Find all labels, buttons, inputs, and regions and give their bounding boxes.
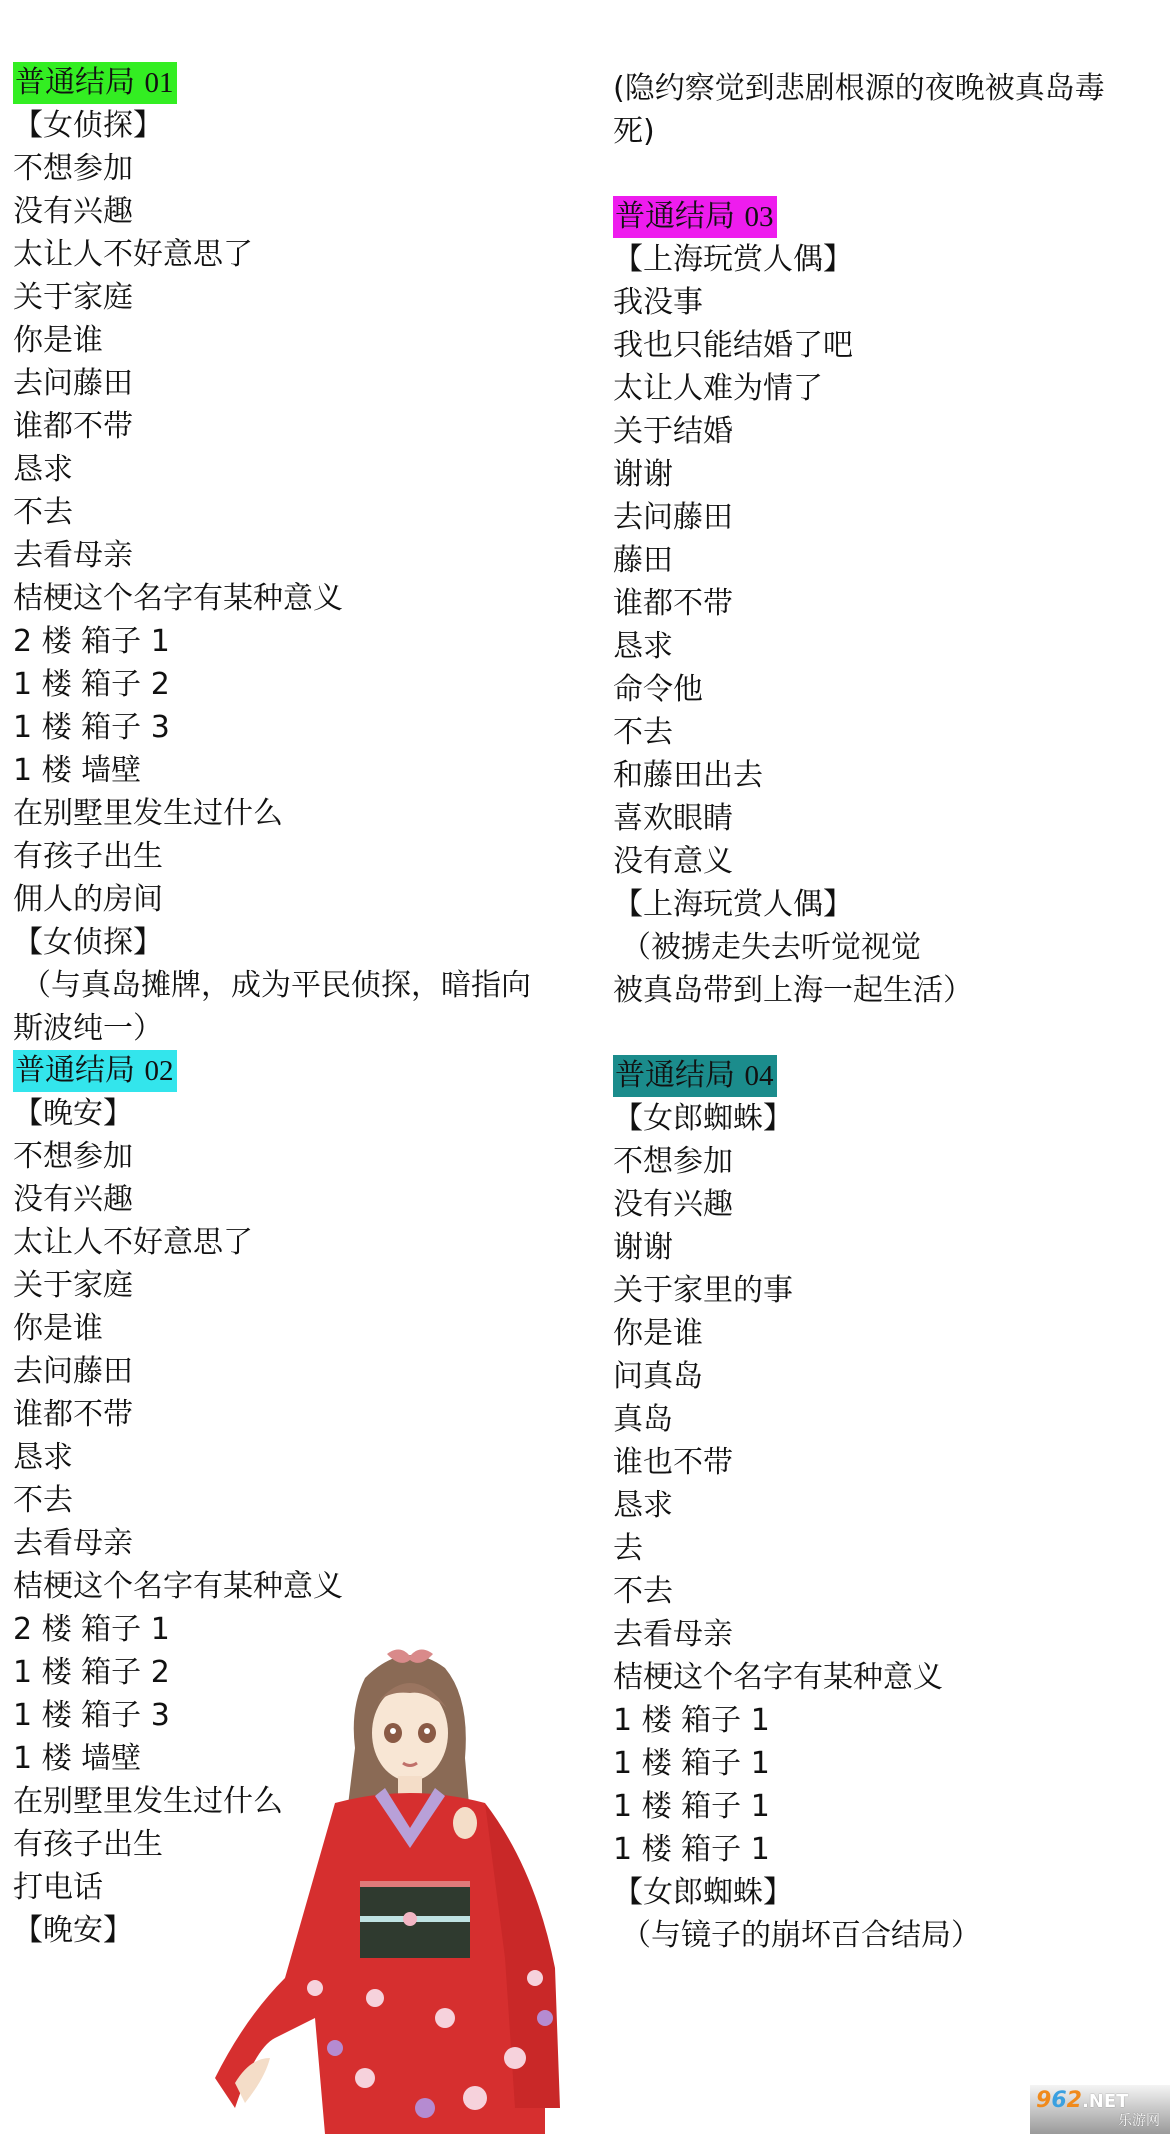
- choice-step: 【女侦探】: [13, 104, 593, 147]
- choice-step: 恳求: [613, 625, 1168, 668]
- choice-step: 谁都不带: [13, 405, 593, 448]
- choice-step: 和藤田出去: [613, 754, 1168, 797]
- watermark-digit: 6: [1051, 2088, 1066, 2113]
- ending-01-result-cont: 斯波纯一）: [13, 1007, 593, 1050]
- choice-step: 2 楼 箱子 1: [13, 620, 593, 663]
- choice-step: 桔梗这个名字有某种意义: [13, 1565, 593, 1608]
- choice-step: 谢谢: [613, 453, 1168, 496]
- choice-step: 佣人的房间: [13, 878, 593, 921]
- choice-step: 不去: [13, 491, 593, 534]
- choice-step: 恳求: [613, 1484, 1168, 1527]
- choice-step: 1 楼 箱子 2: [13, 663, 593, 706]
- heading-label: 普通结局: [615, 1058, 745, 1093]
- choice-step: 没有兴趣: [13, 190, 593, 233]
- choice-step: 1 楼 箱子 1: [613, 1785, 1168, 1828]
- choice-step: 1 楼 箱子 1: [613, 1699, 1168, 1742]
- choice-step: 1 楼 箱子 3: [13, 706, 593, 749]
- heading-label: 普通结局: [15, 65, 145, 100]
- ending-03-steps: 【上海玩赏人偶】我没事我也只能结婚了吧太让人难为情了关于结婚谢谢去问藤田藤田谁都…: [613, 238, 1168, 926]
- choice-step: 去问藤田: [13, 362, 593, 405]
- choice-step: 1 楼 墙壁: [13, 749, 593, 792]
- ending-04-heading: 普通结局 04: [613, 1055, 777, 1097]
- heading-label: 普通结局: [15, 1053, 145, 1088]
- choice-step: 关于家庭: [13, 276, 593, 319]
- choice-step: 不想参加: [13, 1135, 593, 1178]
- heading-number: 03: [745, 201, 774, 233]
- choice-step: 去问藤田: [13, 1350, 593, 1393]
- watermark-digit: 2: [1067, 2088, 1082, 2113]
- choice-step: 你是谁: [13, 1307, 593, 1350]
- choice-step: 没有兴趣: [613, 1183, 1168, 1226]
- choice-step: 在别墅里发生过什么: [13, 792, 593, 835]
- choice-step: 关于结婚: [613, 410, 1168, 453]
- choice-step: 太让人不好意思了: [13, 1221, 593, 1264]
- watermark-subtitle: 乐游网: [1036, 2113, 1170, 2129]
- carryover-result: (隐约察觉到悲剧根源的夜晚被真岛毒: [613, 67, 1168, 110]
- choice-step: 谁都不带: [13, 1393, 593, 1436]
- choice-step: 不去: [13, 1479, 593, 1522]
- choice-step: 有孩子出生: [13, 835, 593, 878]
- choice-step: 不想参加: [13, 147, 593, 190]
- site-watermark-logo: 962.NET 乐游网: [1030, 2085, 1170, 2134]
- choice-step: 【女郎蜘蛛】: [613, 1871, 1168, 1914]
- choice-step: 你是谁: [613, 1312, 1168, 1355]
- choice-step: 【女侦探】: [13, 921, 593, 964]
- choice-step: 去问藤田: [613, 496, 1168, 539]
- choice-step: 桔梗这个名字有某种意义: [613, 1656, 1168, 1699]
- ending-03-result-cont: 被真岛带到上海一起生活）: [613, 969, 1168, 1012]
- right-column: (隐约察觉到悲剧根源的夜晚被真岛毒 死) 普通结局 03 【上海玩赏人偶】我没事…: [613, 67, 1168, 1957]
- choice-step: 没有意义: [613, 840, 1168, 883]
- choice-step: 谁也不带: [613, 1441, 1168, 1484]
- choice-step: 【上海玩赏人偶】: [613, 883, 1168, 926]
- kimono-girl-illustration: [215, 1638, 605, 2134]
- choice-step: 去看母亲: [613, 1613, 1168, 1656]
- heading-number: 01: [145, 67, 174, 99]
- choice-step: 【女郎蜘蛛】: [613, 1097, 1168, 1140]
- ending-04-steps: 【女郎蜘蛛】不想参加没有兴趣谢谢关于家里的事你是谁问真岛真岛谁也不带恳求去不去去…: [613, 1097, 1168, 1914]
- choice-step: 恳求: [13, 1436, 593, 1479]
- choice-step: 【上海玩赏人偶】: [613, 238, 1168, 281]
- choice-step: 我也只能结婚了吧: [613, 324, 1168, 367]
- choice-step: 谁都不带: [613, 582, 1168, 625]
- ending-01-steps: 【女侦探】不想参加没有兴趣太让人不好意思了关于家庭你是谁去问藤田谁都不带恳求不去…: [13, 104, 593, 964]
- choice-step: 你是谁: [13, 319, 593, 362]
- choice-step: 太让人不好意思了: [13, 233, 593, 276]
- choice-step: 不想参加: [613, 1140, 1168, 1183]
- choice-step: 桔梗这个名字有某种意义: [13, 577, 593, 620]
- choice-step: 我没事: [613, 281, 1168, 324]
- choice-step: 去看母亲: [13, 534, 593, 577]
- choice-step: 【晚安】: [13, 1092, 593, 1135]
- ending-03-result: （被掳走失去听觉视觉: [613, 926, 1168, 969]
- watermark-digit: 9: [1036, 2088, 1051, 2113]
- choice-step: 去看母亲: [13, 1522, 593, 1565]
- choice-step: 去: [613, 1527, 1168, 1570]
- ending-04-result: （与镜子的崩坏百合结局）: [613, 1914, 1168, 1957]
- ending-01-result: （与真岛摊牌，成为平民侦探，暗指向: [13, 964, 593, 1007]
- watermark-domain: .NET: [1082, 2091, 1128, 2112]
- choice-step: 恳求: [13, 448, 593, 491]
- choice-step: 不去: [613, 711, 1168, 754]
- anime-girl-red-kimono-icon: [215, 1638, 605, 2134]
- choice-step: 真岛: [613, 1398, 1168, 1441]
- choice-step: 1 楼 箱子 1: [613, 1742, 1168, 1785]
- watermark-brand: 962.NET: [1036, 2090, 1170, 2113]
- spacer: [613, 1012, 1168, 1055]
- spacer: [613, 153, 1168, 196]
- choice-step: 问真岛: [613, 1355, 1168, 1398]
- ending-03-heading: 普通结局 03: [613, 196, 777, 238]
- ending-01-heading: 普通结局 01: [13, 62, 177, 104]
- carryover-result-cont: 死): [613, 110, 1168, 153]
- choice-step: 1 楼 箱子 1: [613, 1828, 1168, 1871]
- choice-step: 关于家里的事: [613, 1269, 1168, 1312]
- choice-step: 没有兴趣: [13, 1178, 593, 1221]
- choice-step: 命令他: [613, 668, 1168, 711]
- choice-step: 谢谢: [613, 1226, 1168, 1269]
- choice-step: 藤田: [613, 539, 1168, 582]
- heading-number: 02: [145, 1055, 174, 1087]
- heading-number: 04: [745, 1060, 774, 1092]
- choice-step: 关于家庭: [13, 1264, 593, 1307]
- ending-02-heading: 普通结局 02: [13, 1050, 177, 1092]
- heading-label: 普通结局: [615, 199, 745, 234]
- choice-step: 喜欢眼睛: [613, 797, 1168, 840]
- choice-step: 不去: [613, 1570, 1168, 1613]
- choice-step: 太让人难为情了: [613, 367, 1168, 410]
